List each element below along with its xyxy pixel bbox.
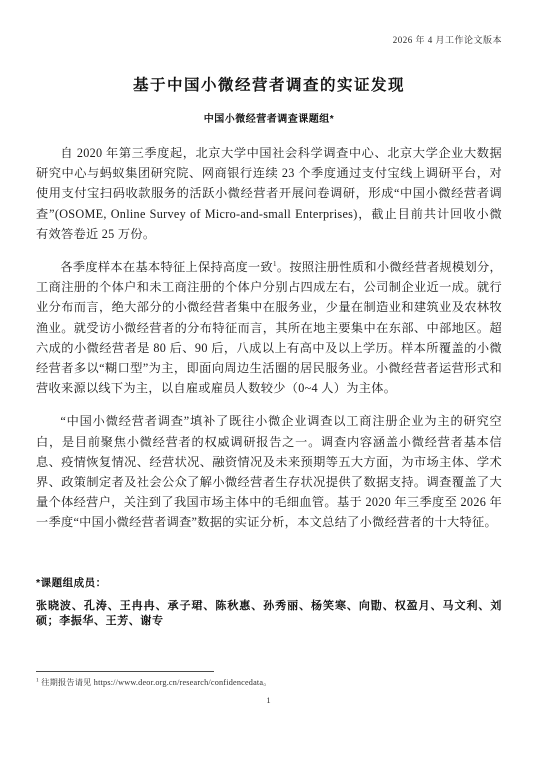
paragraph-1: 自 2020 年第三季度起，北京大学中国社会科学调查中心、北京大学企业大数据研究… [36,143,502,244]
version-note: 2026 年 4 月工作论文版本 [36,33,502,46]
footnote-mark: 1 [36,677,39,683]
footnote-separator [36,671,214,672]
paragraph-3: “中国小微经营者调查”填补了既往小微企业调查以工商注册企业为主的研究空白，是目前… [36,411,502,532]
document-page: 2026 年 4 月工作论文版本 基于中国小微经营者调查的实证发现 中国小微经营… [0,0,537,760]
footnote-url-link[interactable]: https://www.deor.org.cn/research/confide… [94,678,263,687]
abstract-body: 自 2020 年第三季度起，北京大学中国社会科学调查中心、北京大学企业大数据研究… [36,143,502,533]
paper-title: 基于中国小微经营者调查的实证发现 [36,73,502,95]
author-note: *课题组成员： 张晓波、孔涛、王冉冉、承子珺、陈秋惠、孙秀丽、杨笑寒、向勖、权盈… [36,575,502,630]
footnote-area: 1 往期报告请见 https://www.deor.org.cn/researc… [36,671,502,688]
page-number: 1 [0,695,537,705]
footnote-1: 1 往期报告请见 https://www.deor.org.cn/researc… [36,677,502,688]
footnote-text-content: 往期报告请见 [41,678,94,687]
members-label: *课题组成员： [36,575,502,590]
members-names: 张晓波、孔涛、王冉冉、承子珺、陈秋惠、孙秀丽、杨笑寒、向勖、权盈月、马文利、刘硕… [36,599,502,630]
paragraph-2: 各季度样本在基本特征上保持高度一致1。按照注册性质和小微经营者规模划分，工商注册… [36,257,502,398]
footnote-text-suffix: 。 [263,678,271,687]
paragraph-2-text-continued: 。按照注册性质和小微经营者规模划分，工商注册的个体户和未工商注册的个体户分别占四… [36,260,502,395]
paper-author-group: 中国小微经营者调查课题组* [36,110,502,125]
paragraph-2-text: 各季度样本在基本特征上保持高度一致 [60,260,273,274]
